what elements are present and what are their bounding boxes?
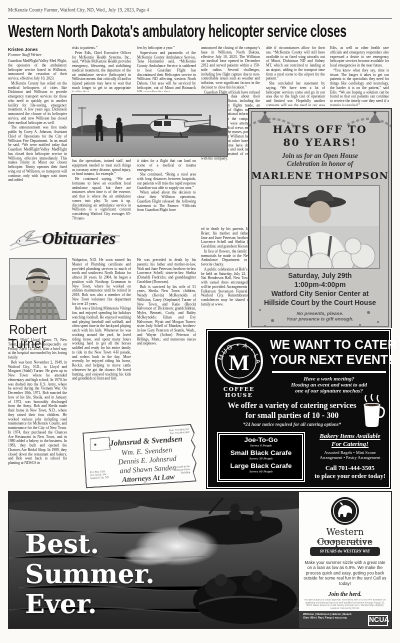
honoree-name: MARLENE THOMPSON [249, 171, 391, 182]
ncua-badge: NCUA [368, 615, 388, 626]
hats-off-ad: HATS OFF TO 80 YEARS! Join us for an Ope… [248, 108, 392, 330]
byline: Kristen Jones Former Staff Writer [8, 47, 67, 58]
folio-line: McKenzie County Farmer, Watford City, ND… [8, 8, 392, 16]
anniversary-badge: 60 YEARS the WESTERN WAY [310, 547, 380, 556]
carafe-menu-box: Joe-To-Go Serves 8 People Small Black Ca… [217, 432, 305, 482]
folio-rule [8, 18, 392, 19]
honoree-photo [260, 185, 380, 269]
obituaries-banner: Obituaries [8, 226, 122, 254]
main-headline: Western North Dakota's ambulatory helico… [8, 21, 392, 45]
coffee-house-logo: MUG • A • LATTE M [214, 336, 264, 386]
obituary-column-2: Wahpeton, N.D. He soon earned his Master… [72, 258, 131, 425]
newspaper-page: McKenzie County Farmer, Watford City, ND… [0, 0, 400, 643]
bison-logo [330, 496, 360, 526]
credit-union-panel: Western Cooperative CREDIT UNION 60 YEAR… [299, 492, 391, 628]
article-column-5: able if circumstances allow for their us… [266, 46, 325, 106]
attorneys-ad: Bus: 701-444-2211 Fax: 701-444-2467 John… [82, 424, 197, 489]
article-column-3-top: fers by helicopter a year.”Supervisors a… [137, 46, 196, 92]
obituary-column-1: Robert “Bob” Lloyd Turner, 73, New Town,… [8, 338, 67, 488]
article-column-1: Guardian MedFlight/Valley Med Flight, th… [8, 59, 67, 219]
divider-rule [272, 371, 386, 373]
helicopter-photo [71, 94, 228, 157]
credit-union-ad: Best. Summer. Ever. Western Cooperative … [8, 491, 392, 629]
helicopter-photo-art [72, 95, 227, 156]
article-column-6: Edis, as well as other health care offic… [330, 46, 389, 106]
coffee-cup-icon [360, 393, 386, 429]
catering-ad: MUG • A • LATTE M COFFEE HOUSE WE WANT T… [205, 328, 392, 490]
article-column-2-top: risks to patients.”Peter Edis, Chief Exe… [72, 46, 131, 92]
svg-text:M: M [229, 350, 250, 375]
credit-union-footer: Williston | Dickinson | Hebron | Beach G… [299, 611, 391, 628]
ad-slogan: Best. Summer. Ever. [25, 530, 155, 620]
article-column-2-bottom: has the operations, trained staff, and e… [72, 159, 131, 223]
article-column-3-bottom: it takes for a flight that can land on s… [137, 159, 196, 223]
obituary-column-3: He was preceded in death by his parents;… [137, 258, 196, 425]
obituary-portrait [9, 258, 67, 320]
